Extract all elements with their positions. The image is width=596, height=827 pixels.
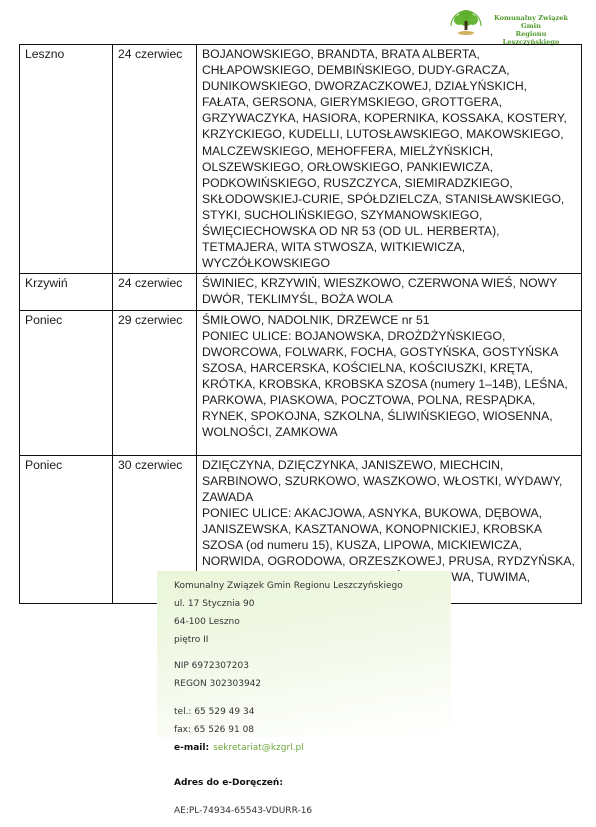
contact-org-name: Komunalny Związek Gmin Regionu Leszczyńs… (174, 581, 403, 591)
collection-schedule-table: Leszno 24 czerwiec BOJANOWSKIEGO, BRANDT… (19, 44, 582, 604)
date-cell: 24 czerwiec (113, 274, 197, 310)
gmina-cell: Poniec (20, 455, 113, 604)
logo-text: Komunalny Związek Gmin Regionu Leszczyńs… (487, 14, 575, 46)
email-label: e-mail: (174, 743, 209, 753)
date-cell: 29 czerwiec (113, 310, 197, 455)
edoreczenia-label-row: Adres do e-Doręczeń: (174, 778, 283, 788)
table-row: Leszno 24 czerwiec BOJANOWSKIEGO, BRANDT… (20, 45, 582, 274)
contact-nip: NIP 6972307203 (174, 661, 249, 671)
streets-cell: BOJANOWSKIEGO, BRANDTA, BRATA ALBERTA, C… (197, 45, 582, 274)
contact-tel: tel.: 65 529 49 34 (174, 707, 254, 717)
streets-cell: ŚWINIEC, KRZYWIŃ, WIESZKOWO, CZERWONA WI… (197, 274, 582, 310)
contact-city: 64-100 Leszno (174, 617, 240, 627)
edoreczenia-label: Adres do e-Doręczeń: (174, 778, 283, 788)
table-row: Poniec 29 czerwiec ŚMIŁOWO, NADOLNIK, DR… (20, 310, 582, 455)
edoreczenia-address: AE:PL-74934-65543-VDURR-16 (174, 806, 312, 816)
contact-fax: fax: 65 526 91 08 (174, 725, 254, 735)
gmina-cell: Krzywiń (20, 274, 113, 310)
logo-line-1: Komunalny Związek Gmin (487, 14, 575, 30)
organization-logo: Komunalny Związek Gmin Regionu Leszczyńs… (447, 6, 587, 38)
tree-icon (447, 6, 485, 38)
contact-floor: piętro II (174, 635, 208, 645)
date-cell: 24 czerwiec (113, 45, 197, 274)
gmina-cell: Leszno (20, 45, 113, 274)
gmina-cell: Poniec (20, 310, 113, 455)
table-row: Krzywiń 24 czerwiec ŚWINIEC, KRZYWIŃ, WI… (20, 274, 582, 310)
streets-cell: ŚMIŁOWO, NADOLNIK, DRZEWCE nr 51 PONIEC … (197, 310, 582, 455)
contact-regon: REGON 302303942 (174, 679, 261, 689)
email-link[interactable]: sekretariat@kzgrl.pl (213, 743, 304, 753)
contact-street: ul. 17 Stycznia 90 (174, 599, 255, 609)
contact-email-row: e-mail:sekretariat@kzgrl.pl (174, 743, 304, 753)
